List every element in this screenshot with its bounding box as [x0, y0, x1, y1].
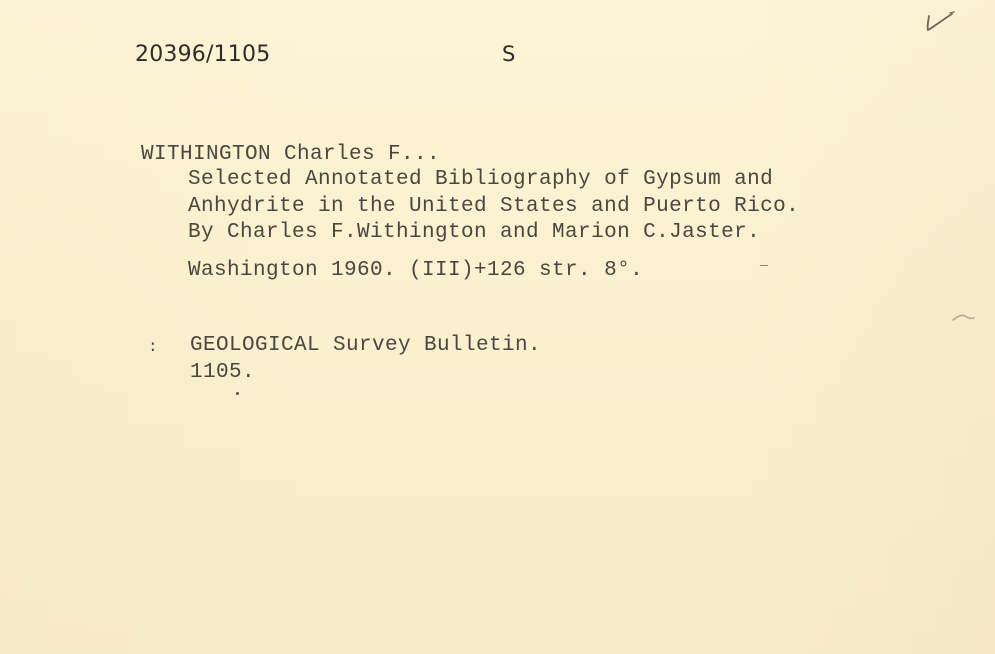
title-line-2: Anhydrite in the United States and Puert… — [188, 195, 799, 218]
pencil-mark-icon — [950, 310, 978, 326]
ink-dot — [236, 392, 239, 395]
imprint: Washington 1960. (III)+126 str. 8°. — [188, 259, 643, 282]
title-line-3: By Charles F.Withington and Marion C.Jas… — [188, 221, 760, 244]
check-mark-icon — [920, 8, 960, 36]
title-line-1: Selected Annotated Bibliography of Gypsu… — [188, 168, 773, 191]
catalog-card: 20396/1105 S WITHINGTON Charles F... Sel… — [0, 0, 995, 654]
series-marker: : — [148, 338, 158, 356]
series-statement: GEOLOGICAL Survey Bulletin. — [190, 334, 541, 357]
call-number: 20396/1105 — [135, 42, 270, 67]
author-heading: WITHINGTON Charles F... — [141, 143, 440, 166]
stray-mark — [760, 265, 768, 266]
series-number: 1105. — [190, 361, 255, 384]
sigla: S — [502, 42, 516, 66]
